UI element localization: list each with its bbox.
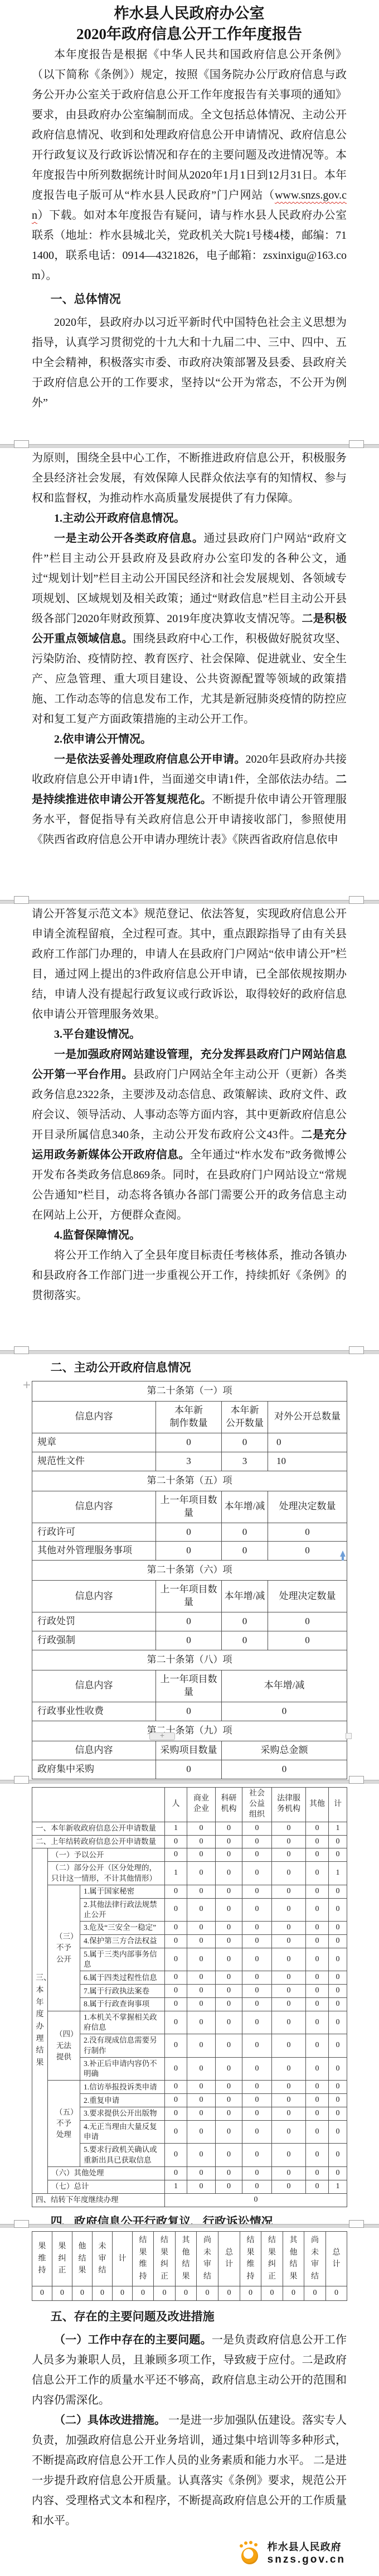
table-cell: 信息内容 xyxy=(32,1670,156,1702)
table-row: 二、上年结转政府信息公开申请数量0000000 xyxy=(32,1835,347,1848)
table-cell: 0 xyxy=(283,2286,304,2300)
table-cell: 0 xyxy=(272,1971,306,1985)
page-1: 柞水县人民政府办公室 2020年政府信息公开工作年度报告 本年度报告是根据《中华… xyxy=(0,0,379,448)
subheading-1-1: 1.主动公开政府信息情况。 xyxy=(32,508,347,528)
table-cell: 3.要求提供公开出版物 xyxy=(80,2107,165,2121)
page-break-handle-right xyxy=(349,440,364,448)
table-cell: 0 xyxy=(187,2094,216,2107)
table-row: 第二十条第（一）项 xyxy=(32,1381,347,1402)
table-cell: 0 xyxy=(272,1862,306,1885)
table-row: 规章000 xyxy=(32,1433,347,1452)
table-cell: 1.属于国家秘密 xyxy=(80,1885,165,1898)
paw-logo-icon xyxy=(240,2541,262,2567)
table-resize-handle-icon xyxy=(346,1733,352,1739)
table-cell: 0 xyxy=(306,1862,329,1885)
table-cell: 计 xyxy=(113,2232,133,2286)
anchor-marker-icon xyxy=(340,1551,346,1557)
table-cell: 0 xyxy=(187,2166,216,2180)
page-break-marker xyxy=(0,900,379,904)
table-cell: 0 xyxy=(329,2107,347,2121)
table-cell: 7.属于行政执法案卷 xyxy=(80,1985,165,1998)
table-cell: 0 xyxy=(242,2094,272,2107)
data-table: 人商业 企业科研 机构社会 公益 组织法律服 务机构其他计一、本年新收政府信息公… xyxy=(32,1787,347,2207)
table-cell: 0 xyxy=(268,1523,347,1542)
table-cell: 0 xyxy=(304,2286,326,2300)
page-3: 请公开答复示范文本》规范登记、依法答复，实现政府信息公开申请全流程留痕，全过程可… xyxy=(0,904,379,1354)
table-cell: 人 xyxy=(165,1788,187,1822)
table-cell: 0 xyxy=(216,1835,242,1848)
table-cell: 0 xyxy=(329,1985,347,1998)
table-cell: 政府集中采购 xyxy=(32,1760,156,1779)
paragraph-1-2-cont: 请公开答复示范文本》规范登记、依法答复，实现政府信息公开申请全流程留痕，全过程可… xyxy=(32,904,347,1024)
table-cell: 处理决定数量 xyxy=(268,1491,347,1523)
table-cell: （二）部分公开（区分处理的，只计这一情形，不计其他情形） xyxy=(48,1862,165,1885)
paragraph-overview-cont: 为原则，围绕全县中心工作，不断推进政府信息公开，积极服务全县经济社会发展，有效保… xyxy=(32,448,347,508)
table-cell: 4.无正当理由大量反复申请 xyxy=(80,2120,165,2143)
table-cell: 0 xyxy=(216,1948,242,1971)
table-cell: 科研 机构 xyxy=(216,1788,242,1822)
table-cell: 对外公开总数量 xyxy=(268,1401,347,1433)
page-break-handle-left xyxy=(14,2220,29,2228)
table-cell: 0 xyxy=(242,1862,272,1885)
table-row: 一、本年新收政府信息公开申请数量1000001 xyxy=(32,1822,347,1835)
table-cell: 2.没有现成信息需要另行制作 xyxy=(80,2034,165,2057)
table-cell: 0 xyxy=(242,1985,272,1998)
table-cell: 0 xyxy=(261,2286,283,2300)
logo-gov-name: 柞水县人民政府 xyxy=(268,2541,346,2553)
paw-toe-icon xyxy=(240,2544,243,2548)
page-break-handle-right xyxy=(349,2220,364,2228)
paw-toe-icon xyxy=(249,2541,252,2544)
table-cell: 0 xyxy=(187,2011,216,2034)
table-cell: 0 xyxy=(165,2166,187,2180)
table-cell: 本年新 制作数量 xyxy=(156,1401,222,1433)
table-cell: 6.属于四类过程性信息 xyxy=(80,1971,165,1985)
table-cell: 0 xyxy=(165,2107,187,2121)
table-cell: 行政强制 xyxy=(32,1631,156,1650)
paragraph-5-1: （一）工作中存在的主要问题。一是负责政府信息公开工作人员多为兼职人员，且兼顾多项… xyxy=(32,2330,347,2410)
section-heading-1: 一、总体情况 xyxy=(32,291,347,308)
table-cell: 0 xyxy=(222,1760,347,1779)
page-4: 二、主动公开政府信息情况 + 第二十条第（一）项信息内容本年新 制作数量本年新 … xyxy=(0,1354,379,1784)
table-cell: 0 xyxy=(113,2286,133,2300)
table-cell: 0 xyxy=(306,1848,329,1862)
table-cell: 0 xyxy=(216,1885,242,1898)
table-cell: 0 xyxy=(272,1935,306,1948)
table-cell: 0 xyxy=(165,2193,347,2207)
table-cell: 0 xyxy=(165,2034,187,2057)
page-break-handle-right xyxy=(349,1776,364,1784)
table-cell: 一、本年新收政府信息公开申请数量 xyxy=(32,1822,165,1835)
table-cell: 0 xyxy=(329,1935,347,1948)
table-cell: 其他对外管理服务事项 xyxy=(32,1542,156,1561)
table-cell: 0 xyxy=(156,1702,222,1721)
table-cell: 0 xyxy=(165,2011,187,2034)
table-cell: 0 xyxy=(93,2286,113,2300)
table-cell: 0 xyxy=(187,1862,216,1885)
table-row: 行政强制000 xyxy=(32,1631,347,1650)
table-cell: 0 xyxy=(306,2120,329,2143)
table-cell: 0 xyxy=(165,1985,187,1998)
table-cell: 2.其他法律行政法规禁止公开 xyxy=(80,1898,165,1921)
table-cell: 第二十条第（五）项 xyxy=(32,1471,347,1491)
table-cell: 0 xyxy=(329,2081,347,2094)
table-cell: 0 xyxy=(272,2107,306,2121)
text-run: （一）工作中存在的主要问题。 xyxy=(54,2334,212,2346)
table-cell: 0 xyxy=(242,2034,272,2057)
table-cell: 第二十条第（一）项 xyxy=(32,1381,347,1402)
table-cell: 0 xyxy=(216,1862,242,1885)
page-2: 为原则，围绕全县中心工作，不断推进政府信息公开，积极服务全县经济社会发展，有效保… xyxy=(0,448,379,904)
table-cell: 8.属于行政查询事项 xyxy=(80,1998,165,2011)
table-cell: 0 xyxy=(272,2034,306,2057)
table-cell: 0 xyxy=(72,2286,93,2300)
table-cell: 0 xyxy=(165,2057,187,2080)
table-row: 行政许可000 xyxy=(32,1523,347,1542)
table-cell: 规范性文件 xyxy=(32,1452,156,1471)
subheading-1-3: 3.平台建设情况。 xyxy=(32,1024,347,1044)
table-cell: 本年新 公开数量 xyxy=(222,1401,268,1433)
text-run: 一是主动公开各类政府信息。 xyxy=(54,532,203,545)
table-cell: 0 xyxy=(272,1885,306,1898)
paragraph-1-3: 一是加强政府网站建设管理，充分发挥县政府门户网站信息公开第一平台作用。县政府门户… xyxy=(32,1044,347,1225)
table-cell: 0 xyxy=(242,2180,272,2193)
table-cell: 0 xyxy=(306,1885,329,1898)
page-break-marker xyxy=(0,444,379,448)
table-cell: 第二十条第（九）项 xyxy=(32,1721,347,1741)
table-row: （三）不予公开1.属于国家秘密0000000 xyxy=(32,1885,347,1898)
table-cell: 0 xyxy=(165,2144,187,2166)
table-cell: 0 xyxy=(176,2286,197,2300)
table-cell: 0 xyxy=(156,1631,222,1650)
text-run: 通过县政府门户网站“政府文件”栏目主动公开县政府及县政府办公室印发的各种公文，通… xyxy=(32,532,347,625)
section-heading-2: 二、主动公开政府信息情况 xyxy=(32,1360,347,1376)
doc-title-line1: 柞水县人民政府办公室 xyxy=(32,3,347,24)
document-canvas: 柞水县人民政府办公室 2020年政府信息公开工作年度报告 本年度报告是根据《中华… xyxy=(0,0,379,2576)
table-cell: 0 xyxy=(306,2011,329,2034)
table-cell: 0 xyxy=(306,2034,329,2057)
table-cell: 果 维 持 xyxy=(32,2232,52,2286)
table-cell: 0 xyxy=(242,1848,272,1862)
paragraph-overview: 2020年，县政府办以习近平新时代中国特色社会主义思想为指导，认真学习贯彻党的十… xyxy=(32,312,347,413)
table-cell: 0 xyxy=(187,1885,216,1898)
text-run: ）下载。如对本年度报告有疑问，请与柞水县人民政府办公室联系（地址：柞水县城北关，… xyxy=(32,209,347,282)
table-cell xyxy=(32,1788,165,1822)
table-cell: 0 xyxy=(187,2144,216,2166)
table-cell: 采购总金额 xyxy=(222,1741,347,1760)
table-cell: 他 结 果 xyxy=(72,2232,93,2286)
table-cell: 0 xyxy=(187,2034,216,2057)
table-cell: 0 xyxy=(329,1848,347,1862)
table-cell: 0 xyxy=(187,1998,216,2011)
table-cell: 信息内容 xyxy=(32,1401,156,1433)
table-cell: 0 xyxy=(216,1935,242,1948)
table-row: 果 维 持果 纠 正他 结 果未 审 结计结 果 维 持结 果 纠 正其 他 结… xyxy=(32,2232,347,2286)
table-cell: 0 xyxy=(165,1998,187,2011)
table-row: （二）部分公开（区分处理的，只计这一情形，不计其他情形）1000001 xyxy=(32,1862,347,1885)
table-cell: 计 xyxy=(329,1788,347,1822)
subheading-1-2: 2.依申请公开情况。 xyxy=(32,729,347,749)
table-cell: 1 xyxy=(329,2180,347,2193)
table-cell: 3.危及“三安全一稳定” xyxy=(80,1922,165,1935)
table-cell: 0 xyxy=(242,2011,272,2034)
table-cell: 0 xyxy=(165,1898,187,1921)
table-cell: 0 xyxy=(216,2166,242,2180)
table-cell: 其 他 结 果 xyxy=(283,2232,304,2286)
table-cell: 0 xyxy=(329,2011,347,2034)
table-cell: 0 xyxy=(240,2286,261,2300)
table-cell: 0 xyxy=(242,1948,272,1971)
table-cell: 0 xyxy=(165,1835,187,1848)
table-cell: 5.要求行政机关确认或重新出具已获取信息 xyxy=(80,2144,165,2166)
table-cell: 0 xyxy=(306,2057,329,2080)
table-cell: 0 xyxy=(329,1835,347,1848)
text-run: 围绕县政府中心工作，积极做好脱贫攻坚、污染防治、疫情防控、教育医疗、社会保障、促… xyxy=(32,633,347,725)
site-logo[interactable]: 柞水县人民政府 snzs.gov.cn xyxy=(240,2539,346,2569)
table-cell: 0 xyxy=(329,1885,347,1898)
table-cell: 0 xyxy=(165,1971,187,1985)
data-table: 第二十条第（一）项信息内容本年新 制作数量本年新 公开数量对外公开总数量规章00… xyxy=(32,1381,347,1779)
page-6: 果 维 持果 纠 正他 结 果未 审 结计结 果 维 持结 果 纠 正其 他 结… xyxy=(0,2228,379,2576)
table-cell: 0 xyxy=(329,1922,347,1935)
table-cell: 0 xyxy=(216,1998,242,2011)
table-cell: 0 xyxy=(187,1935,216,1948)
table-cell: 尚 未 审 结 xyxy=(304,2232,326,2286)
table-cell: 0 xyxy=(329,1948,347,1971)
table-cell: 0 xyxy=(306,2094,329,2107)
page-break-marker xyxy=(0,2224,379,2228)
table-cell: 0 xyxy=(165,2094,187,2107)
table-cell: 0 xyxy=(165,1885,187,1898)
table-cell: 行政许可 xyxy=(32,1523,156,1542)
table-cell: 0 xyxy=(165,1922,187,1935)
paragraph-1-4: 将公开工作纳入了全县年度目标责任考核体系，推动各镇办和县政府各工作部门进一步重视… xyxy=(32,1245,347,1306)
text-run: 本年度报告是根据《中华人民共和国政府信息公开条例》（以下简称《条例》）规定，按照… xyxy=(32,49,347,201)
table-cell: 0 xyxy=(52,2286,72,2300)
table-cell: 5.属于三类内部事务信息 xyxy=(80,1948,165,1971)
table-cell: 0 xyxy=(272,2166,306,2180)
table-cell: 0 xyxy=(216,2057,242,2080)
table-cell: 0 xyxy=(222,1542,268,1561)
table-cell: 1 xyxy=(165,2180,187,2193)
table-cell: 总 计 xyxy=(218,2232,240,2286)
table-row: 人商业 企业科研 机构社会 公益 组织法律服 务机构其他计 xyxy=(32,1788,347,1822)
table-row: 其他对外管理服务事项000 xyxy=(32,1542,347,1561)
table-cell: 尚 未 审 结 xyxy=(197,2232,218,2286)
table-cell: 信息内容 xyxy=(32,1491,156,1523)
table-cell: 三、本年度办理结果 xyxy=(32,1848,48,2193)
table-cell: （五）不予处理 xyxy=(48,2081,80,2167)
table-cell: 0 xyxy=(272,1985,306,1998)
table-cell: 0 xyxy=(268,1542,347,1561)
table-cell: 1.本机关不掌握相关政府信息 xyxy=(80,2011,165,2034)
table-cell: 0 xyxy=(306,2107,329,2121)
table-cell: 1 xyxy=(165,1862,187,1885)
table-cell: 0 xyxy=(329,1971,347,1985)
table-cell: 0 xyxy=(156,1523,222,1542)
table-cell: 0 xyxy=(216,2120,242,2143)
table-cell: 0 xyxy=(156,1760,222,1779)
table-cell: 0 xyxy=(187,2107,216,2121)
table-cell: 上一年项目数量 xyxy=(156,1581,222,1612)
paragraph-1-2: 一是依法妥善处理政府信息公开申请。2020年县政府办共接收政府信息公开申请1件，… xyxy=(32,749,347,850)
table-row: 政府集中采购00 xyxy=(32,1760,347,1779)
table-cell: 0 xyxy=(187,2057,216,2080)
table-cell: 二、上年结转政府信息公开申请数量 xyxy=(32,1835,165,1848)
page-break-handle-right xyxy=(349,1346,364,1354)
table-cell: 4.保护第三方合法权益 xyxy=(80,1935,165,1948)
table-cell: 结 果 纠 正 xyxy=(261,2232,283,2286)
table-cell: 行政事业性收费 xyxy=(32,1702,156,1721)
page-break-marker xyxy=(0,1350,379,1354)
text-run: （二）具体改进措施。 xyxy=(54,2414,166,2426)
table-cell: 0 xyxy=(272,2120,306,2143)
logo-domain: snzs.gov.cn xyxy=(268,2553,346,2566)
table-cell: 0 xyxy=(165,2120,187,2143)
table-cell: 0 xyxy=(268,1612,347,1631)
table-row: （六）其他处理0000000 xyxy=(32,2166,347,2180)
page-break-handle-left xyxy=(14,1346,29,1354)
table-cell: 0 xyxy=(306,2166,329,2180)
table-cell: 0 xyxy=(216,2081,242,2094)
table-row: 000000000000000 xyxy=(32,2286,347,2300)
table-cell: 0 xyxy=(329,2144,347,2166)
table-cell: 0 xyxy=(216,1848,242,1862)
table-expand-pill-icon: + xyxy=(149,1732,175,1740)
paw-toe-icon xyxy=(244,2541,247,2545)
table-cell: 0 xyxy=(242,2120,272,2143)
table-proactive-disclosure: 第二十条第（一）项信息内容本年新 制作数量本年新 公开数量对外公开总数量规章00… xyxy=(32,1381,347,1779)
table-cell: 1 xyxy=(329,1862,347,1885)
table-cell: 上一年项目数量 xyxy=(156,1491,222,1523)
table-cell: 本年增/减 xyxy=(222,1581,268,1612)
text-run: 一是依法妥善处理政府信息公开申请。 xyxy=(54,753,246,765)
table-cell: 0 xyxy=(216,1985,242,1998)
table-cell: 0 xyxy=(216,2107,242,2121)
table-review-litigation-body: 果 维 持果 纠 正他 结 果未 审 结计结 果 维 持结 果 纠 正其 他 结… xyxy=(32,2231,347,2301)
table-row: 四、结转下年度继续办理0 xyxy=(32,2193,347,2207)
table-row: 信息内容上一年项目数量本年增/减处理决定数量 xyxy=(32,1491,347,1523)
table-cell: 0 xyxy=(306,1898,329,1921)
table-cell: 0 xyxy=(156,1542,222,1561)
table-cell: 3.补正后申请内容仍不明确 xyxy=(80,2057,165,2080)
table-cell: 3 xyxy=(222,1452,268,1471)
table-cell: 0 xyxy=(329,2094,347,2107)
table-cell: 0 xyxy=(187,1835,216,1848)
table-cell: 0 xyxy=(187,1985,216,1998)
table-cell: 0 xyxy=(165,1948,187,1971)
table-cell: 采购项目数量 xyxy=(156,1741,222,1760)
table-cell: 0 xyxy=(306,1922,329,1935)
table-cell: 0 xyxy=(216,2180,242,2193)
table-cell: 0 xyxy=(187,1971,216,1985)
table-row: （四）无法提供1.本机关不掌握相关政府信息0000000 xyxy=(32,2011,347,2034)
table-cell: 0 xyxy=(272,1922,306,1935)
page-5: 人商业 企业科研 机构社会 公益 组织法律服 务机构其他计一、本年新收政府信息公… xyxy=(0,1784,379,2228)
table-cell: 信息内容 xyxy=(32,1741,156,1760)
page-break-handle-left xyxy=(14,440,29,448)
table-cell: 0 xyxy=(218,2286,240,2300)
table-row: 第二十条第（六）项 xyxy=(32,1561,347,1581)
table-cell: 0 xyxy=(187,1848,216,1862)
table-cell: 0 xyxy=(242,1922,272,1935)
text-run: 一是进一步加强队伍建设。落实专人负责，加强政府信息公开业务培训，通过集中培训等多… xyxy=(32,2414,347,2527)
table-cell: 0 xyxy=(187,1922,216,1935)
table-cell: 规章 xyxy=(32,1433,156,1452)
table-cell: （一）予以公开 xyxy=(48,1848,165,1862)
table-cell: 四、结转下年度继续办理 xyxy=(32,2193,165,2207)
table-cell: 0 xyxy=(272,2180,306,2193)
table-cell: 0 xyxy=(242,1898,272,1921)
table-row: 信息内容采购项目数量采购总金额 xyxy=(32,1741,347,1760)
table-cell: 1 xyxy=(165,1822,187,1835)
table-cell: 结 果 维 持 xyxy=(133,2232,154,2286)
table-cell: 0 xyxy=(187,2180,216,2193)
page-break-handle-left xyxy=(14,1776,29,1784)
table-cell: 0 xyxy=(187,1898,216,1921)
table-row: 信息内容上一年项目数量本年增/减 xyxy=(32,1670,347,1702)
table-cell: 0 xyxy=(329,2166,347,2180)
table-row: 第二十条第（五）项 xyxy=(32,1471,347,1491)
table-cell: 其 他 结 果 xyxy=(176,2232,197,2286)
table-cell: 0 xyxy=(268,1631,347,1650)
table-cell: 0 xyxy=(187,2120,216,2143)
table-cell: 0 xyxy=(329,2034,347,2057)
table-cell: 法律服 务机构 xyxy=(272,1788,306,1822)
table-cell: 0 xyxy=(222,1631,268,1650)
table-cell: 0 xyxy=(272,1998,306,2011)
table-cell: 0 xyxy=(268,1433,347,1452)
table-cell: 总 计 xyxy=(326,2232,347,2286)
table-cell: 0 xyxy=(156,1433,222,1452)
table-cell: 0 xyxy=(242,1835,272,1848)
table-cell: 0 xyxy=(187,1948,216,1971)
table-cell: 0 xyxy=(242,2144,272,2166)
table-cell: 0 xyxy=(306,1998,329,2011)
data-table: 果 维 持果 纠 正他 结 果未 审 结计结 果 维 持结 果 纠 正其 他 结… xyxy=(32,2231,347,2301)
table-cell: 3 xyxy=(156,1452,222,1471)
table-cell: 0 xyxy=(216,2011,242,2034)
table-cell: 0 xyxy=(306,2081,329,2094)
table-cell: 结 果 纠 正 xyxy=(154,2232,176,2286)
table-cell: 0 xyxy=(242,1998,272,2011)
table-cell: 0 xyxy=(242,2081,272,2094)
table-cell: 0 xyxy=(222,1612,268,1631)
table-cell: 0 xyxy=(242,1935,272,1948)
table-cell: 其他 xyxy=(306,1788,329,1822)
table-cell: 0 xyxy=(329,1998,347,2011)
table-row: 行政处罚000 xyxy=(32,1612,347,1631)
table-cell: 0 xyxy=(306,1835,329,1848)
doc-title-line2: 2020年政府信息公开工作年度报告 xyxy=(32,24,347,45)
table-row: 三、本年度办理结果（一）予以公开0000000 xyxy=(32,1848,347,1862)
paragraph-5-2: （二）具体改进措施。 一是进一步加强队伍建设。落实专人负责，加强政府信息公开业务… xyxy=(32,2410,347,2531)
table-cell: 0 xyxy=(272,2057,306,2080)
table-cell: 行政处罚 xyxy=(32,1612,156,1631)
table-cell: 0 xyxy=(306,1985,329,1998)
page-break-marker xyxy=(0,1780,379,1784)
table-cell: 0 xyxy=(306,1935,329,1948)
table-row: 行政事业性收费00 xyxy=(32,1702,347,1721)
page-break-handle-right xyxy=(349,896,364,904)
table-cell: 10 xyxy=(268,1452,347,1471)
table-cell: 1 xyxy=(329,1822,347,1835)
table-cell: （三）不予公开 xyxy=(48,1885,80,2011)
table-cell: 0 xyxy=(133,2286,154,2300)
table-row: 第二十条第（九）项 xyxy=(32,1721,347,1741)
table-cell: 0 xyxy=(216,2094,242,2107)
table-row: 信息内容上一年项目数量本年增/减处理决定数量 xyxy=(32,1581,347,1612)
